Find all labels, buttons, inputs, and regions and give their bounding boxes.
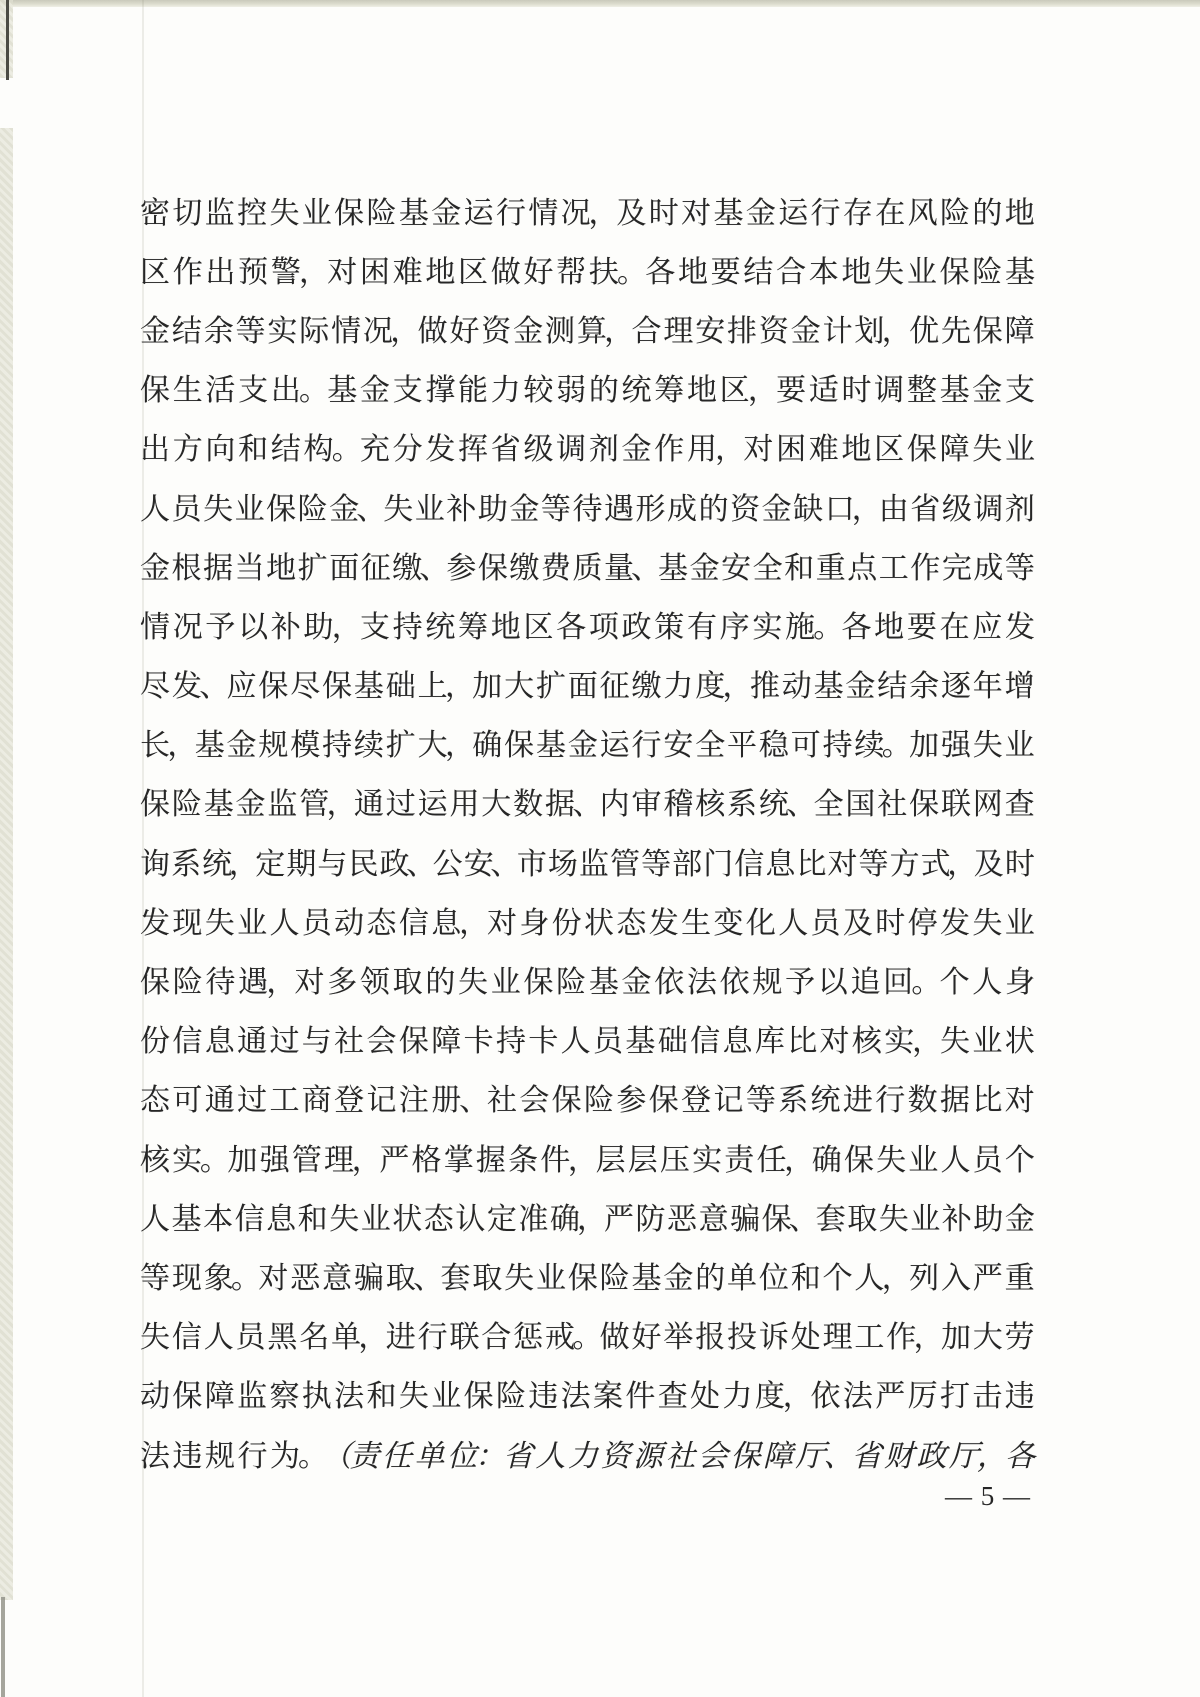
- text-line: 态可通过工商登记注册、社会保险参保登记等系统进行数据比对: [140, 1072, 1035, 1131]
- text-line: 发现失业人员动态信息，对身份状态发生变化人员及时停发失业: [140, 894, 1035, 953]
- scan-artifact-dark-line: [6, 0, 9, 80]
- text-line: 法违规行为。（责任单位：省人力资源社会保障厅、省财政厅，各: [140, 1427, 1035, 1486]
- text-line: 份信息通过与社会保障卡持卡人员基础信息库比对核实，失业状: [140, 1013, 1035, 1072]
- text-line: 人员失业保险金、失业补助金等待遇形成的资金缺口，由省级调剂: [140, 480, 1035, 539]
- text-line: 尽发、应保尽保基础上，加大扩面征缴力度，推动基金结余逐年增: [140, 658, 1035, 717]
- text-line: 保险基金监管，通过运用大数据、内审稽核系统、全国社保联网查: [140, 776, 1035, 835]
- text-line: 核实。加强管理，严格掌握条件，层层压实责任，确保失业人员个: [140, 1131, 1035, 1190]
- text-line: 金结余等实际情况，做好资金测算，合理安排资金计划，优先保障: [140, 302, 1035, 361]
- text-line: 保险待遇，对多领取的失业保险基金依法依规予以追回。个人身: [140, 953, 1035, 1012]
- text-line: 区作出预警，对困难地区做好帮扶。各地要结合本地失业保险基: [140, 243, 1035, 302]
- scan-edge-left-gap: [0, 78, 13, 128]
- document-page: 密切监控失业保险基金运行情况，及时对基金运行存在风险的地区作出预警，对困难地区做…: [0, 0, 1200, 1697]
- text-line: 失信人员黑名单，进行联合惩戒。做好举报投诉处理工作，加大劳: [140, 1309, 1035, 1368]
- text-line: 出方向和结构。充分发挥省级调剂金作用，对困难地区保障失业: [140, 421, 1035, 480]
- page-number: — 5 —: [938, 1481, 1038, 1512]
- text-line: 保生活支出。基金支撑能力较弱的统筹地区，要适时调整基金支: [140, 362, 1035, 421]
- scan-edge-left: [0, 0, 13, 1600]
- text-line: 动保障监察执法和失业保险违法案件查处力度，依法严厉打击违: [140, 1368, 1035, 1427]
- text-line: 人基本信息和失业状态认定准确，严防恶意骗保、套取失业补助金: [140, 1190, 1035, 1249]
- scan-edge-top: [0, 0, 1200, 7]
- text-line: 金根据当地扩面征缴、参保缴费质量、基金安全和重点工作完成等: [140, 539, 1035, 598]
- text-line: 询系统，定期与民政、公安、市场监管等部门信息比对等方式，及时: [140, 835, 1035, 894]
- text-line: 长，基金规模持续扩大，确保基金运行安全平稳可持续。加强失业: [140, 717, 1035, 776]
- document-lines: 密切监控失业保险基金运行情况，及时对基金运行存在风险的地区作出预警，对困难地区做…: [140, 184, 1035, 1486]
- text-line: 密切监控失业保险基金运行情况，及时对基金运行存在风险的地: [140, 184, 1035, 243]
- text-line: 情况予以补助，支持统筹地区各项政策有序实施。各地要在应发: [140, 598, 1035, 657]
- text-line: 等现象。对恶意骗取、套取失业保险基金的单位和个人，列入严重: [140, 1249, 1035, 1308]
- scan-artifact-bottom-line: [1, 1597, 5, 1697]
